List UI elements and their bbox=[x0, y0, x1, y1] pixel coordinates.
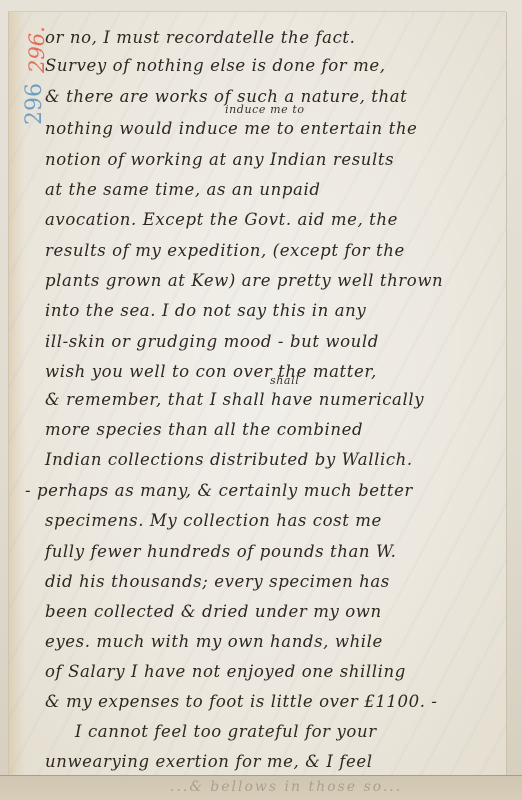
text-line: unwearying exertion for me, & I feel bbox=[45, 752, 373, 771]
text-line: avocation. Except the Govt. aid me, the bbox=[45, 210, 398, 229]
text-line: at the same time, as an unpaid bbox=[45, 180, 321, 199]
text-line: plants grown at Kew) are pretty well thr… bbox=[45, 271, 443, 290]
text-line: or no, I must recordatelle the fact. bbox=[45, 28, 356, 47]
text-line: nothing would induce me to entertain the bbox=[45, 119, 417, 138]
text-line: did his thousands; every specimen has bbox=[45, 572, 390, 591]
interlinear-insertion: shall bbox=[270, 374, 299, 387]
text-line: of Salary I have not enjoyed one shillin… bbox=[45, 662, 406, 681]
text-line: & remember, that I shall have numericall… bbox=[45, 390, 424, 409]
underlying-sheet-text: ...& bellows in those so... bbox=[170, 779, 514, 795]
text-line: more species than all the combined bbox=[45, 420, 363, 439]
text-line: - perhaps as many, & certainly much bett… bbox=[25, 481, 413, 500]
text-line: I cannot feel too grateful for your bbox=[75, 722, 377, 741]
text-line: been collected & dried under my own bbox=[45, 602, 382, 621]
text-line: specimens. My collection has cost me bbox=[45, 511, 382, 530]
underlying-sheet-edge: ...& bellows in those so... bbox=[0, 775, 522, 800]
text-line: Indian collections distributed by Wallic… bbox=[45, 450, 413, 469]
text-line: ill-skin or grudging mood - but would bbox=[45, 332, 379, 351]
text-line: Survey of nothing else is done for me, bbox=[45, 56, 386, 75]
text-line: wish you well to con over the matter, bbox=[45, 362, 377, 381]
text-line: into the sea. I do not say this in any bbox=[45, 301, 366, 320]
text-line: results of my expedition, (except for th… bbox=[45, 241, 405, 260]
folio-number-blue: 296 bbox=[22, 83, 47, 125]
manuscript-page: 296. 296 or no, I must recordatelle the … bbox=[8, 11, 506, 776]
text-line-content: nothing would induce me to entertain the bbox=[45, 119, 417, 138]
text-line: notion of working at any Indian results bbox=[45, 150, 394, 169]
text-line: & my expenses to foot is little over £11… bbox=[45, 692, 438, 711]
interlinear-insertion: induce me to bbox=[225, 103, 305, 116]
text-line: fully fewer hundreds of pounds than W. bbox=[45, 542, 397, 561]
text-line: eyes. much with my own hands, while bbox=[45, 632, 383, 651]
